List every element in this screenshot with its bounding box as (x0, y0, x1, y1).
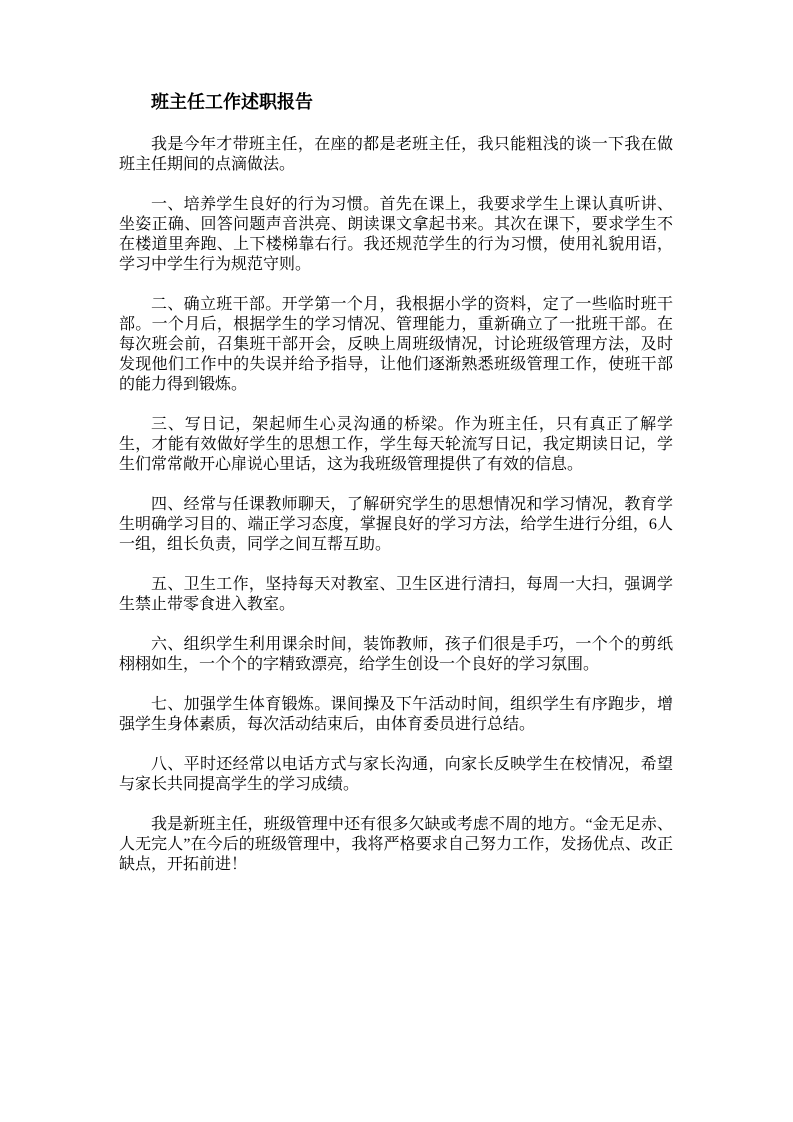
paragraph-item-8: 八、平时还经常以电话方式与家长沟通，向家长反映学生在校情况，希望与家长共同提高学… (119, 755, 673, 795)
document-title: 班主任工作述职报告 (119, 90, 673, 114)
paragraph-item-1: 一、培养学生良好的行为习惯。首先在课上，我要求学生上课认真听讲、坐姿正确、回答问… (119, 195, 673, 275)
paragraph-item-2: 二、确立班干部。开学第一个月，我根据小学的资料，定了一些临时班干部。一个月后，根… (119, 295, 673, 395)
paragraph-closing: 我是新班主任，班级管理中还有很多欠缺或考虑不周的地方。“金无足赤、人无完人”在今… (119, 815, 673, 875)
document-content: 班主任工作述职报告 我是今年才带班主任，在座的都是老班主任，我只能粗浅的谈一下我… (0, 0, 793, 875)
paragraph-item-4: 四、经常与任课教师聊天，了解研究学生的思想情况和学习情况，教育学生明确学习目的、… (119, 495, 673, 555)
paragraph-intro: 我是今年才带班主任，在座的都是老班主任，我只能粗浅的谈一下我在做班主任期间的点滴… (119, 135, 673, 175)
document-page: 班主任工作述职报告 我是今年才带班主任，在座的都是老班主任，我只能粗浅的谈一下我… (0, 0, 793, 1122)
paragraph-item-5: 五、卫生工作，坚持每天对教室、卫生区进行清扫，每周一大扫，强调学生禁止带零食进入… (119, 575, 673, 615)
paragraph-item-7: 七、加强学生体育锻炼。课间操及下午活动时间，组织学生有序跑步，增强学生身体素质，… (119, 695, 673, 735)
paragraph-item-3: 三、写日记，架起师生心灵沟通的桥梁。作为班主任，只有真正了解学生，才能有效做好学… (119, 415, 673, 475)
paragraph-item-6: 六、组织学生利用课余时间，装饰教师，孩子们很是手巧，一个个的剪纸栩栩如生，一个个… (119, 635, 673, 675)
